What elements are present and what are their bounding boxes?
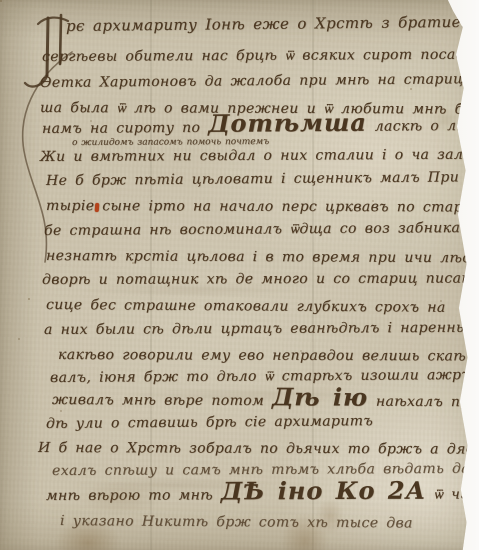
manuscript-line: тыріе сыне ірто на начало перс црквавъ п… [46,198,479,216]
manuscript-line: а них были сѣ дѣли цртацъ еванѣдѣлъ і на… [44,320,476,338]
manuscript-line: намъ на сироту по Дотѣмша ласкѣ о людно … [42,117,479,137]
line-text: сице бес страшне отаковали глубкихъ срох… [46,297,446,316]
manuscript-page: рє архимариту Іонѣ еже о Хрстѣ з братиею… [0,0,479,550]
manuscript-line: дѣ ули о ставишь брѣ сіе архимаритъ [46,413,373,432]
line-text: И б нае о Хрстѣ зобралъ по дьячих то брж… [38,440,479,458]
line-text: бе страшна нѣ воспоминалъ ѿдща со воз за… [44,220,479,239]
line-text: рє архимариту Іонѣ еже о Хрстѣ з братиею… [66,11,479,35]
manuscript-line: сице бес страшне отаковали глубкихъ срох… [46,297,446,316]
manuscript-line: незнатѣ крстіа цѣлова і в то время при и… [46,248,479,266]
manuscript-line: И б нае о Хрстѣ зобралъ по дьячих то брж… [38,440,479,458]
manuscript-line: дворѣ и потащник хѣ де много и со стариц… [42,270,479,288]
manuscript-line: мнѣ вѣрою то мнѣ ДѢ іно Ко 2А ѿ чго напр… [46,486,479,505]
line-text: незнатѣ крстіа цѣлова і в то время при и… [46,248,479,266]
line-text: Жи и вмѣтних ни свыдал о них сталии і о … [40,146,479,165]
line-text: намъ на сироту по [42,120,208,137]
line-text: валъ, іюня брж то дѣло ѿ старѣхъ изошли … [50,367,471,386]
line-text: дѣ ули о ставишь брѣ сіе архимаритъ [46,413,373,432]
line-text: о жилидомъ запасомъ помочь почтемъ [72,137,269,148]
line-text: живалъ мнѣ вѣре потом [52,392,272,409]
manuscript-line: бе страшна нѣ воспоминалъ ѿдща со воз за… [44,220,479,240]
line-text: какѣво говорили ему ево неправдои велишь… [58,347,479,365]
manuscript-line: сергѣевы обители нас брцѣ ѿ всяких сирот… [42,46,479,66]
manuscript-line: живалъ мнѣ вѣре потом Дѣ ію наѣхалъ проз… [52,392,479,410]
manuscript-line: Не б брж пѣтіа цѣловати і сщенникъ малъ … [46,169,479,189]
line-text: тыріе сыне ірто на начало перс црквавъ п… [46,198,479,216]
manuscript-scan: рє архимариту Іонѣ еже о Хрстѣ з братиею… [0,0,479,550]
line-text: мнѣ вѣрою то мнѣ [46,487,221,504]
manuscript-line: і указано Никитѣ брж сотъ хѣ тысе два [60,513,413,531]
line-text: Ѳетка Харитоновъ да жалоба при мнѣ на ст… [40,70,479,91]
manuscript-line: Ѳетка Харитоновъ да жалоба при мнѣ на ст… [40,70,479,91]
line-text: сергѣевы обители нас брцѣ ѿ всяких сирот… [42,46,479,65]
manuscript-line: рє архимариту Іонѣ еже о Хрстѣ з братиею… [66,11,479,36]
foxing-speckles [0,0,2,2]
manuscript-line: валъ, іюня брж то дѣло ѿ старѣхъ изошли … [50,367,471,387]
line-text-large: Дѣ ію [272,382,368,412]
manuscript-interlinear-line: о жилидомъ запасомъ помочь почтемъ [72,137,269,148]
line-text: і указано Никитѣ брж сотъ хѣ тысе два [60,513,413,531]
line-text: а них были сѣ дѣли цртацъ еванѣдѣлъ і на… [44,320,476,338]
line-text-large: Дотѣмша [208,108,367,138]
line-text-large: ДѢ іно Ко 2А [221,476,426,506]
manuscript-line: Жи и вмѣтних ни свыдал о них сталии і о … [40,146,479,165]
manuscript-line: какѣво говорили ему ево неправдои велишь… [58,347,479,365]
line-text: дворѣ и потащник хѣ де много и со стариц… [42,270,479,288]
line-text: Не б брж пѣтіа цѣловати і сщенникъ малъ … [46,169,479,189]
